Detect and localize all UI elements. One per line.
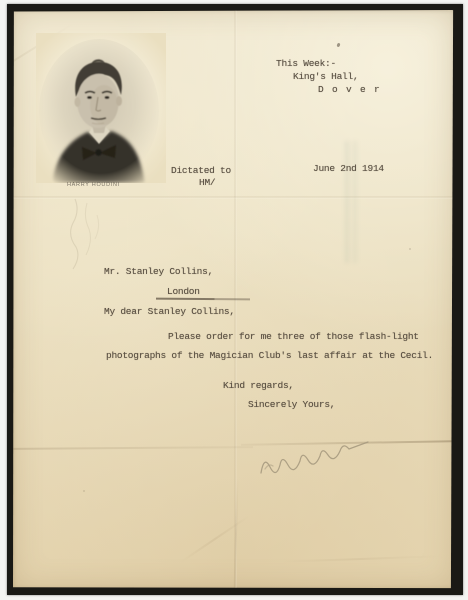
letterhead-city: D o v e r: [318, 85, 381, 95]
bottom-wrinkle-right: [281, 555, 441, 563]
letterhead-this-week: This Week:-: [276, 59, 336, 69]
houdini-signature: [256, 425, 381, 480]
ink-offset-ghost-marks: [341, 141, 361, 263]
body-line1: Please order for me three of those flash…: [168, 332, 419, 342]
typed-underline: [156, 298, 250, 300]
recipient-place: London: [167, 287, 200, 297]
dictation-line2: HM/: [199, 178, 215, 188]
letterhead-venue: King's Hall,: [293, 72, 358, 82]
photo-edge-fade: [36, 33, 166, 183]
body-line2: photographs of the Magician Club's last …: [106, 351, 433, 361]
recipient-name: Mr. Stanley Collins,: [104, 267, 213, 277]
scanned-letter-photo: HARRY HOUDINI This Week:- King's Hall, D…: [0, 0, 468, 600]
paper-speck: [409, 248, 411, 250]
horizontal-fold-crease-lower-left: [13, 446, 253, 450]
bottom-wrinkle-diagonal: [180, 515, 251, 564]
houdini-portrait: [36, 33, 166, 183]
closing-valediction: Sincerely Yours,: [248, 400, 335, 410]
closing-regards: Kind regards,: [223, 381, 294, 391]
portrait-caption: HARRY HOUDINI: [67, 182, 127, 188]
salutation: My dear Stanley Collins,: [104, 307, 235, 317]
paper-speck: [83, 490, 85, 492]
date-line: June 2nd 1914: [313, 164, 384, 174]
dictation-line1: Dictated to: [171, 166, 231, 176]
bottom-wrinkle-vertical: [234, 478, 239, 590]
paper-speck: [336, 43, 340, 48]
letter-paper: HARRY HOUDINI This Week:- King's Hall, D…: [13, 10, 454, 589]
